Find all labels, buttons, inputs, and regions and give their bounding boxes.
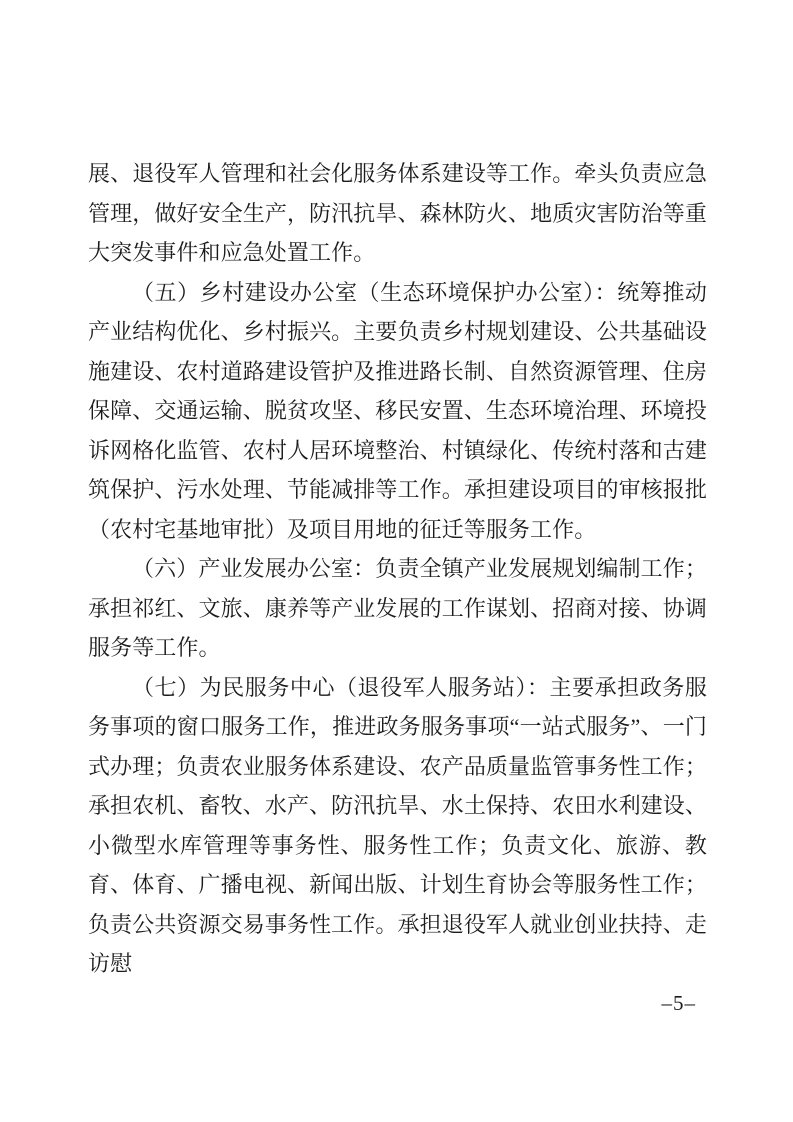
paragraph-section-6: （六）产业发展办公室：负责全镇产业发展规划编制工作；承担祁红、文旅、康养等产业发… bbox=[88, 549, 707, 668]
document-page: 展、退役军人管理和社会化服务体系建设等工作。牵头负责应急管理，做好安全生产，防汛… bbox=[0, 0, 793, 1122]
document-body: 展、退役军人管理和社会化服务体系建设等工作。牵头负责应急管理，做好安全生产，防汛… bbox=[88, 154, 707, 984]
paragraph-continuation: 展、退役军人管理和社会化服务体系建设等工作。牵头负责应急管理，做好安全生产，防汛… bbox=[88, 154, 707, 273]
paragraph-section-5: （五）乡村建设办公室（生态环境保护办公室）：统筹推动产业结构优化、乡村振兴。主要… bbox=[88, 273, 707, 550]
page-number: –5– bbox=[662, 991, 697, 1015]
paragraph-section-7: （七）为民服务中心（退役军人服务站）：主要承担政务服务事项的窗口服务工作，推进政… bbox=[88, 668, 707, 984]
